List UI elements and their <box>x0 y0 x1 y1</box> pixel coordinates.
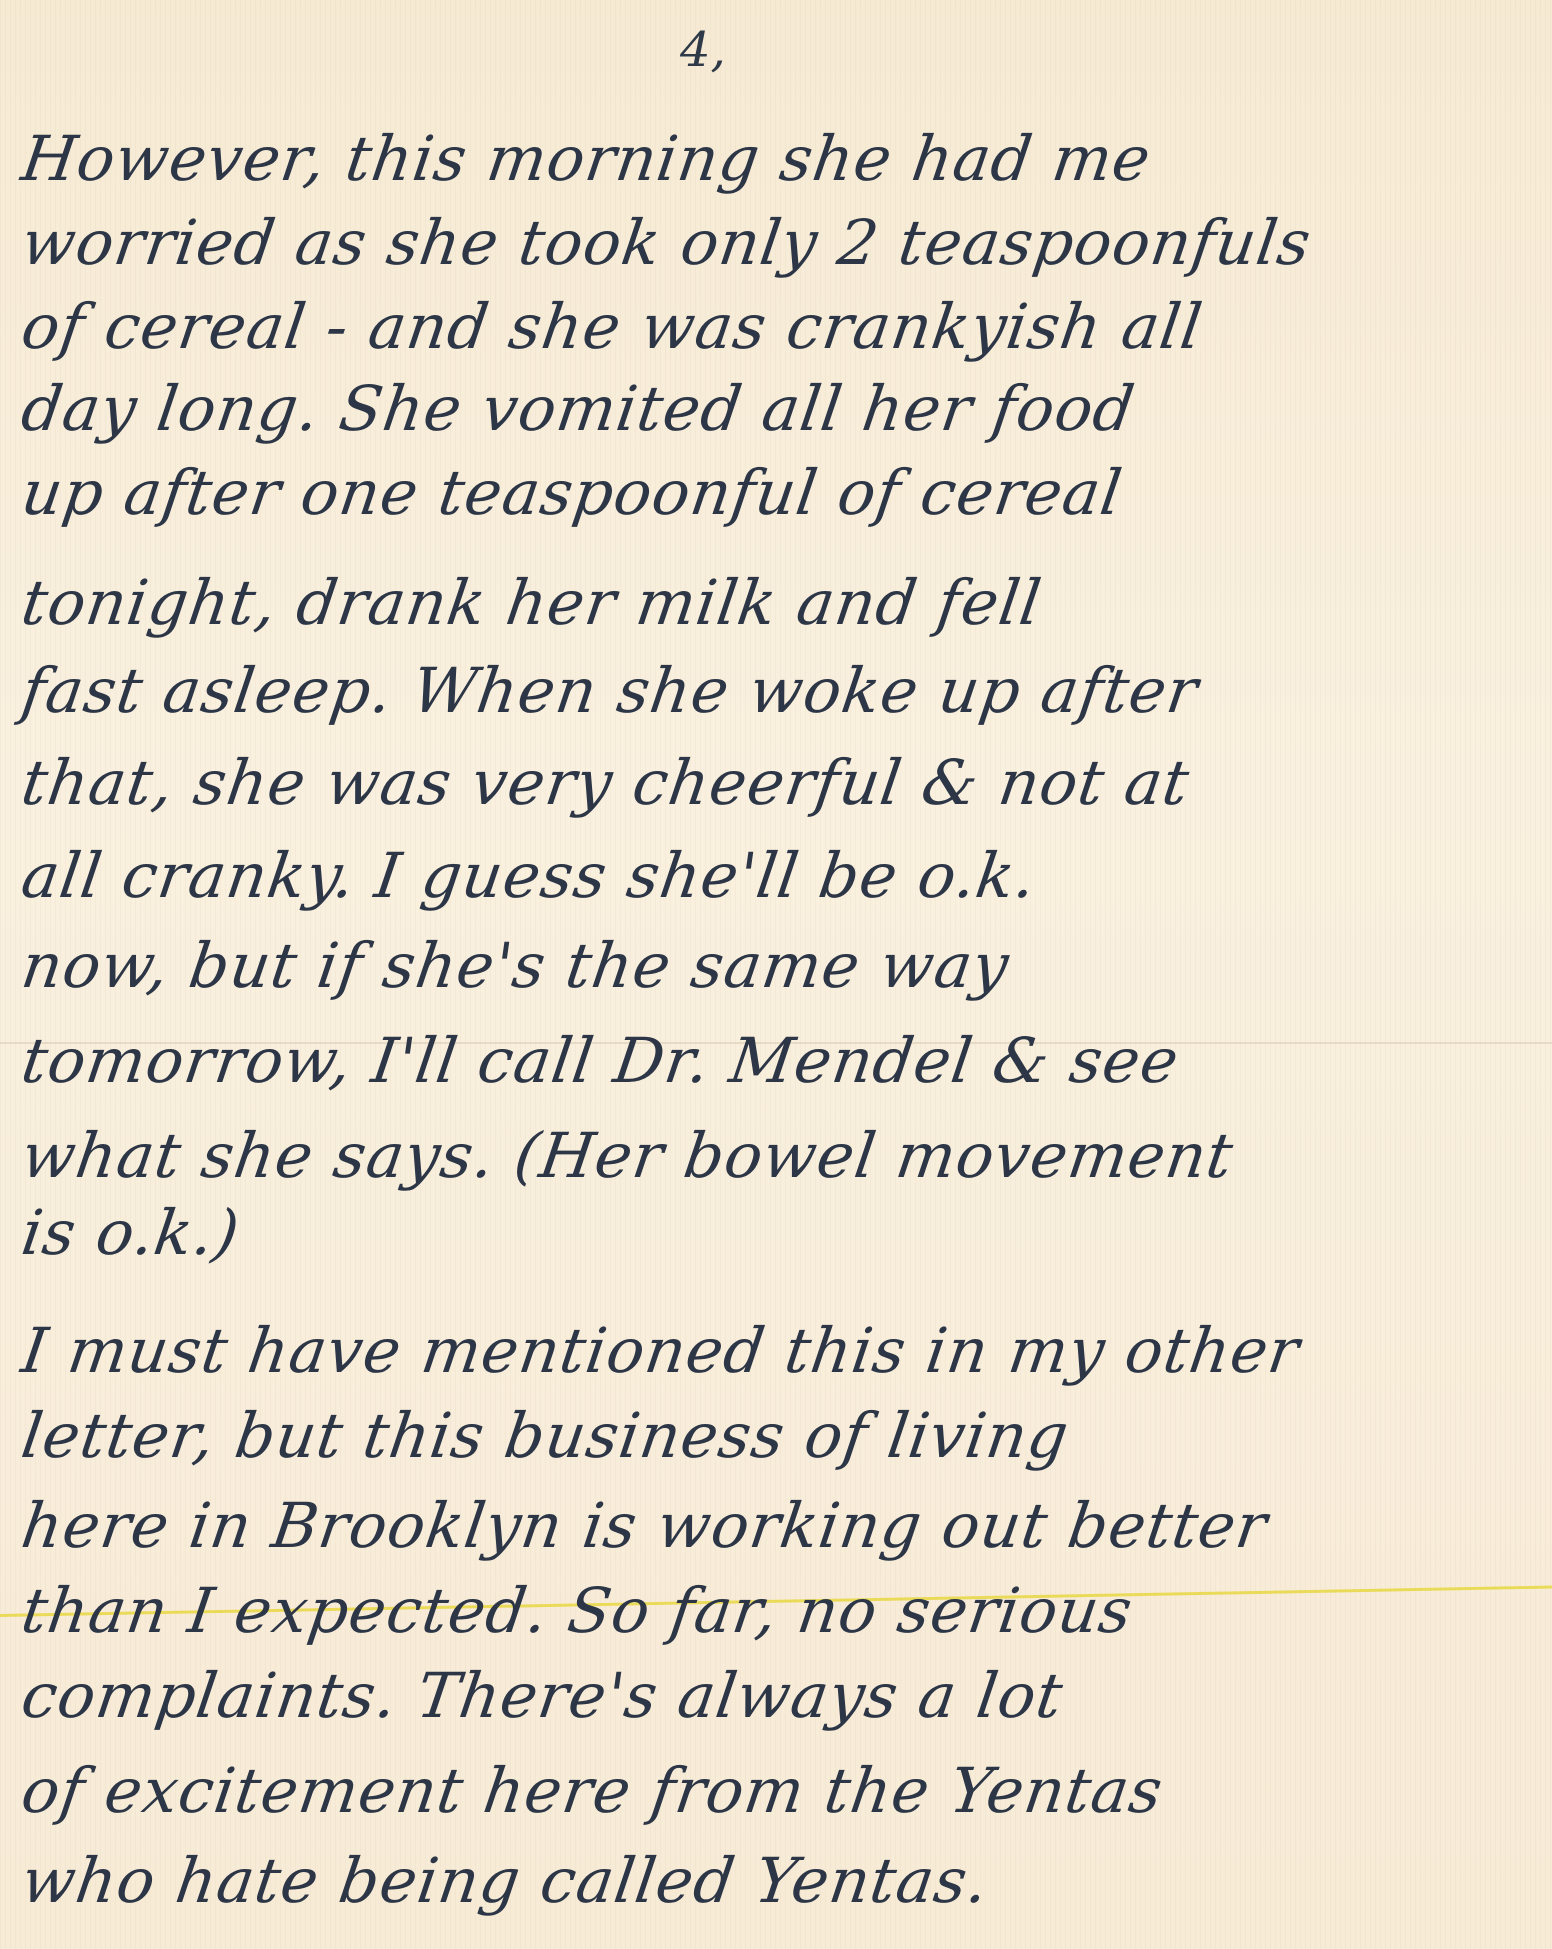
letter-line: that, she was very cheerful & not at <box>18 752 1193 814</box>
letter-line: of cereal - and she was crankyish all <box>18 296 1206 358</box>
letter-line: letter, but this business of living <box>18 1405 1073 1467</box>
letter-line: I must have mentioned this in my other <box>18 1320 1304 1382</box>
letter-line: of excitement here from the Yentas <box>18 1760 1167 1822</box>
letter-page: 4, However, this morning she had me worr… <box>0 0 1552 1949</box>
letter-line: However, this morning she had me <box>18 128 1155 190</box>
letter-line: day long. She vomited all her food <box>18 378 1139 440</box>
letter-line: here in Brooklyn is working out better <box>18 1495 1271 1557</box>
letter-line: fast asleep. When she woke up after <box>18 660 1202 722</box>
letter-line: is o.k.) <box>18 1202 243 1264</box>
letter-line: worried as she took only 2 teaspoonfuls <box>18 212 1315 274</box>
letter-line: up after one teaspoonful of cereal <box>18 462 1126 524</box>
letter-line: tomorrow, I'll call Dr. Mendel & see <box>18 1030 1183 1092</box>
letter-line: than I expected. So far, no serious <box>18 1580 1137 1642</box>
letter-line: what she says. (Her bowel movement <box>18 1125 1237 1187</box>
page-number: 4, <box>680 22 726 78</box>
letter-line: now, but if she's the same way <box>18 935 1013 997</box>
letter-line: who hate being called Yentas. <box>18 1850 992 1912</box>
letter-line: complaints. There's always a lot <box>18 1665 1067 1727</box>
letter-line: all cranky. I guess she'll be o.k. <box>18 845 1040 907</box>
letter-line: tonight, drank her milk and fell <box>18 572 1045 634</box>
